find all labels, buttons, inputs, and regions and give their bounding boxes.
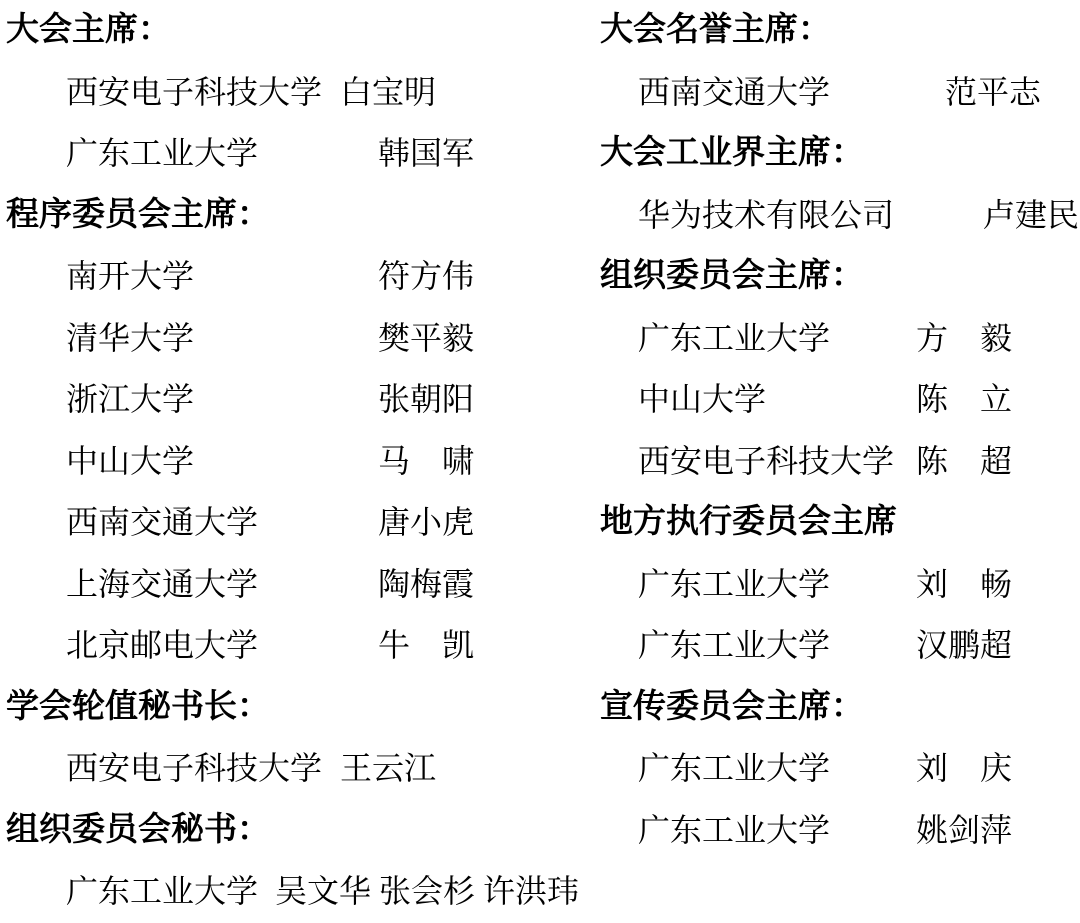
person-name: 方 毅 [916,308,1012,370]
institution-name: 南开大学 [66,246,378,308]
committee-row: 学会轮值秘书长： 宣传委员会主席： [0,677,1080,739]
person-name: 姚剑萍 [916,800,1012,862]
person-name: 符方伟 [378,246,474,308]
institution-name: 广东工业大学 [638,800,916,862]
committee-row: 西安电子科技大学王云江 广东工业大学刘 庆 [0,738,1080,800]
person-name: 陈 超 [916,431,1012,493]
person-name: 卢建民 [983,185,1079,247]
committee-entry: 南开大学符方伟 [0,246,540,308]
committee-entry: 中山大学马 啸 [0,431,540,493]
committee-entry: 西安电子科技大学白宝明 [0,62,540,124]
person-name: 唐小虎 [378,492,474,554]
committee-entry: 西安电子科技大学王云江 [0,738,540,800]
section-header: 学会轮值秘书长： [0,677,540,739]
person-name: 白宝明 [340,62,436,124]
committee-entry: 西安电子科技大学陈 超 [540,431,1080,493]
institution-name: 西南交通大学 [638,62,945,124]
committee-row: 上海交通大学陶梅霞 广东工业大学刘 畅 [0,554,1080,616]
section-header: 大会主席： [0,0,540,62]
committee-entry: 广东工业大学姚剑萍 [540,800,1080,862]
committee-row: 程序委员会主席： 华为技术有限公司卢建民 [0,185,1080,247]
institution-name: 北京邮电大学 [66,615,378,677]
committee-entry: 中山大学陈 立 [540,369,1080,431]
institution-name: 西安电子科技大学 [66,738,340,800]
institution-name: 广东工业大学 [638,615,916,677]
person-name: 马 啸 [378,431,474,493]
institution-name: 西安电子科技大学 [638,431,916,493]
committee-row: 大会主席： 大会名誉主席： [0,0,1080,62]
institution-name: 广东工业大学 [638,738,916,800]
institution-name: 广东工业大学 [66,861,258,923]
person-name: 陶梅霞 [378,554,474,616]
committee-entry: 北京邮电大学牛 凯 [0,615,540,677]
institution-name: 浙江大学 [66,369,378,431]
section-header: 地方执行委员会主席 [540,492,1080,554]
committee-row: 中山大学马 啸 西安电子科技大学陈 超 [0,431,1080,493]
person-name: 韩国军 [378,123,474,185]
section-header: 程序委员会主席： [0,185,540,247]
institution-name: 西安电子科技大学 [66,62,340,124]
person-name: 汉鹏超 [916,615,1012,677]
committee-entry: 广东工业大学刘 畅 [540,554,1080,616]
committee-row: 南开大学符方伟 组织委员会主席： [0,246,1080,308]
section-header: 大会工业界主席： [540,123,1080,185]
committee-row: 西安电子科技大学白宝明 西南交通大学范平志 [0,62,1080,124]
person-name: 王云江 [340,738,436,800]
institution-name: 中山大学 [638,369,916,431]
person-name: 牛 凯 [378,615,474,677]
committee-entry: 广东工业大学韩国军 [0,123,540,185]
committee-entry: 清华大学樊平毅 [0,308,540,370]
institution-name: 清华大学 [66,308,378,370]
person-name: 刘 庆 [916,738,1012,800]
section-header: 大会名誉主席： [540,0,1080,62]
committee-entry: 广东工业大学刘 庆 [540,738,1080,800]
person-name: 樊平毅 [378,308,474,370]
committee-row: 组织委员会秘书： 广东工业大学姚剑萍 [0,800,1080,862]
committee-row: 西南交通大学唐小虎 地方执行委员会主席 [0,492,1080,554]
committee-entry: 上海交通大学陶梅霞 [0,554,540,616]
section-header: 组织委员会主席： [540,246,1080,308]
institution-name: 广东工业大学 [638,554,916,616]
section-header: 组织委员会秘书： [0,800,540,862]
committee-entry: 西南交通大学范平志 [540,62,1080,124]
institution-name: 西南交通大学 [66,492,378,554]
institution-name: 华为技术有限公司 [638,185,983,247]
committee-entry: 浙江大学张朝阳 [0,369,540,431]
section-header: 宣传委员会主席： [540,677,1080,739]
secretary-names: 吴文华 张会杉 许洪玮 [275,861,579,923]
committee-entry: 广东工业大学方 毅 [540,308,1080,370]
committee-entry: 西南交通大学唐小虎 [0,492,540,554]
institution-name: 中山大学 [66,431,378,493]
committee-row: 广东工业大学吴文华 张会杉 许洪玮 [0,861,1080,923]
institution-name: 上海交通大学 [66,554,378,616]
committee-row: 清华大学樊平毅 广东工业大学方 毅 [0,308,1080,370]
person-name: 刘 畅 [916,554,1012,616]
committee-row: 浙江大学张朝阳 中山大学陈 立 [0,369,1080,431]
committee-row: 北京邮电大学牛 凯 广东工业大学汉鹏超 [0,615,1080,677]
person-name: 陈 立 [916,369,1012,431]
institution-name: 广东工业大学 [638,308,916,370]
committee-entry: 广东工业大学汉鹏超 [540,615,1080,677]
person-name: 张朝阳 [378,369,474,431]
committee-roster-document: 大会主席： 大会名誉主席： 西安电子科技大学白宝明 西南交通大学范平志 广东工业… [0,0,1080,923]
institution-name: 广东工业大学 [66,123,378,185]
committee-entry: 华为技术有限公司卢建民 [540,185,1080,247]
committee-entry: 广东工业大学吴文华 张会杉 许洪玮 [0,861,540,923]
person-name: 范平志 [945,62,1041,124]
committee-row: 广东工业大学韩国军 大会工业界主席： [0,123,1080,185]
